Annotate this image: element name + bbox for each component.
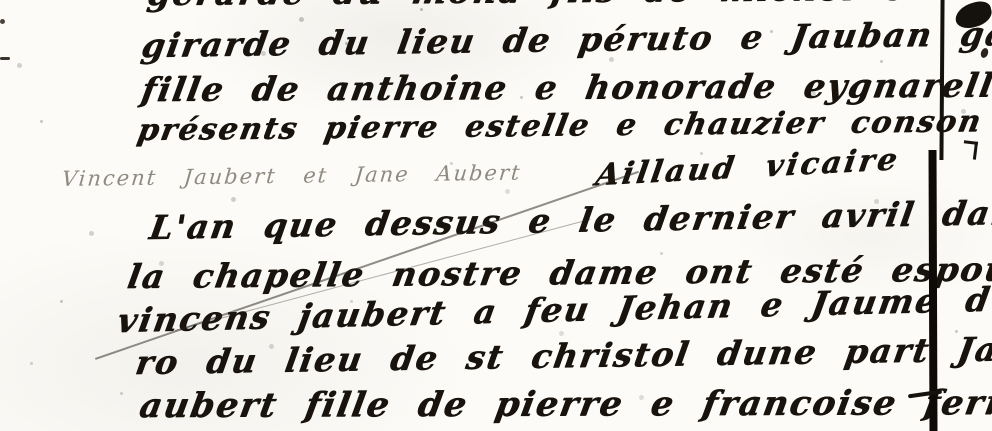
manuscript-page: gerarde du mond fils de michel e mariott… [0,0,992,431]
manuscript-line: fille de anthoine e honorade eygnarello [139,65,992,109]
vicar-signature: Aillaud vicaire [593,142,902,193]
margin-annotation: Vincent Jaubert et Jane Aubert [61,161,523,191]
paper-speckles [0,0,3,3]
manuscript-line: ro du lieu de st christol dune part Jane [133,329,992,382]
ink-mark [962,140,978,160]
manuscript-line: girarde du lieu de péruto e Jauban gauda… [139,12,992,65]
ink-mark [0,19,5,24]
manuscript-line: L'an que dessus e le dernier avril dans [147,192,992,247]
manuscript-line: aubert fille de pierre e francoise ferro… [137,383,992,426]
manuscript-line: présents pierre estelle e chauzier conso… [135,104,986,148]
ink-mark [0,57,10,60]
margin-rule-bottom [929,150,938,431]
manuscript-line: gerarde du mond fils de michel e mariott… [145,0,992,13]
